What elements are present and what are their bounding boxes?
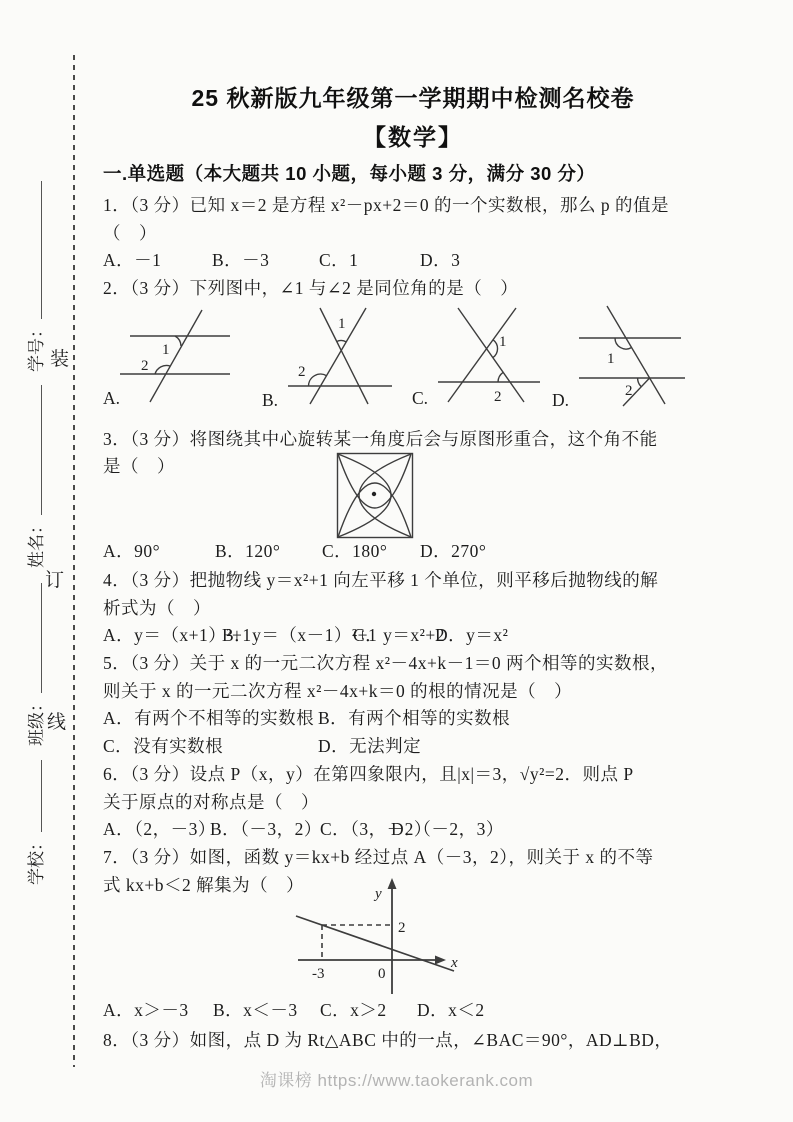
q2c-angle1-label: 1: [499, 334, 507, 350]
q8-line-1: 8．（3 分）如图，点 D 为 Rt△ABC 中的一点，∠BAC＝90°，AD⊥…: [103, 1027, 672, 1053]
q6-option-a: A．（2，－3）: [103, 816, 216, 842]
margin-field-student-id: 学号：: [22, 168, 44, 372]
q5-option-b: B．有两个相等的实数根: [318, 705, 510, 731]
q1-line-2: （ ）: [103, 220, 157, 246]
q7-point-x-label: -3: [312, 966, 325, 982]
q4-option-d: D．y＝x²: [435, 622, 508, 648]
q3-option-d: D．270°: [420, 538, 486, 564]
q7-option-d: D．x＜2: [417, 997, 485, 1023]
student-id-label: 学号：: [22, 321, 47, 372]
q7-line-2: 式 kx+b＜2 解集为（ ）: [103, 872, 304, 898]
q5-option-d: D．无法判定: [318, 733, 421, 759]
q2a-angle1-label: 1: [162, 342, 170, 358]
q2-figure-b: 1 2: [282, 304, 397, 408]
margin-field-class: 班级：: [22, 570, 44, 746]
q3-line-1: 3．（3 分）将图绕其中心旋转某一角度后会与原图形重合，这个角不能: [103, 426, 658, 452]
q1-option-b: B．－3: [212, 247, 269, 273]
school-blank[interactable]: [27, 760, 42, 832]
q6-line-1: 6．（3 分）设点 P（x，y）在第四象限内，且|x|＝3，√y²=2．则点 P: [103, 761, 634, 787]
student-id-blank[interactable]: [27, 181, 42, 319]
q3-option-a: A．90°: [103, 538, 160, 564]
q2-figure-a: 1 2: [118, 304, 238, 408]
q1-line-1: 1．（3 分）已知 x＝2 是方程 x²－px+2＝0 的一个实数根，那么 p …: [103, 192, 669, 218]
name-label: 姓名：: [22, 517, 47, 568]
school-label: 学校：: [22, 834, 47, 885]
binding-dashed-line: [73, 55, 75, 1067]
q1-option-d: D．3: [420, 247, 460, 273]
q2-line-1: 2．（3 分）下列图中，∠1 与∠2 是同位角的是（ ）: [103, 275, 518, 301]
q7-option-b: B．x＜－3: [213, 997, 298, 1023]
q2-figure-d: 1 2: [573, 302, 691, 410]
q5-line-2: 则关于 x 的一元二次方程 x²－4x+k＝0 的根的情况是（ ）: [103, 678, 572, 704]
q3-line-2: 是（ ）: [103, 453, 175, 479]
q7-x-axis-label: x: [450, 955, 458, 971]
q2-figure-c-label: C.: [412, 388, 428, 409]
class-blank[interactable]: [27, 583, 42, 693]
footer-watermark: 淘课榜 https://www.taokerank.com: [0, 1066, 793, 1091]
q6-option-d: D．（－2，3）: [391, 816, 504, 842]
q7-graph: y 2 -3 0 x: [292, 876, 467, 998]
page-title: 25 秋新版九年级第一学期期中检测名校卷: [103, 80, 723, 113]
q5-option-a: A．有两个不相等的实数根: [103, 705, 314, 731]
q4-line-2: 析式为（ ）: [103, 595, 211, 621]
q2b-angle2-label: 2: [298, 364, 306, 380]
binding-char-zhuang: 装: [50, 344, 69, 371]
q1-option-a: A．－1: [103, 247, 161, 273]
q6-line-2: 关于原点的对称点是（ ）: [103, 789, 319, 815]
class-label: 班级：: [22, 695, 47, 746]
margin-field-name: 姓名：: [22, 372, 44, 568]
section-header: 一.单选题（本大题共 10 小题，每小题 3 分，满分 30 分）: [103, 160, 595, 186]
q4-line-1: 4．（3 分）把抛物线 y＝x²+1 向左平移 1 个单位，则平移后抛物线的解: [103, 567, 658, 593]
q2a-angle2-label: 2: [141, 358, 149, 374]
q3-option-b: B．120°: [215, 538, 280, 564]
q7-y-axis-label: y: [373, 886, 382, 902]
q4-option-c: C．y＝x²+2: [353, 622, 445, 648]
q6-option-b: B．（－3，2）: [210, 816, 322, 842]
q1-option-c: C．1: [319, 247, 358, 273]
q7-point-y-label: 2: [398, 920, 406, 936]
q3-figure: [336, 452, 416, 540]
subject-title: 【数学】: [103, 119, 723, 152]
q5-line-1: 5．（3 分）关于 x 的一元二次方程 x²－4x+k－1＝0 两个相等的实数根…: [103, 650, 668, 676]
q2-figure-b-label: B.: [262, 390, 278, 411]
q2d-angle2-label: 2: [625, 383, 633, 399]
q2-figure-c: 1 2: [428, 304, 546, 408]
q2b-angle1-label: 1: [338, 316, 346, 332]
q7-line-1: 7．（3 分）如图，函数 y＝kx+b 经过点 A（－3，2），则关于 x 的不…: [103, 844, 654, 870]
binding-char-ding: 订: [45, 565, 64, 592]
q3-option-c: C．180°: [322, 538, 387, 564]
exam-page: 装 订 线 学号： 姓名： 班级： 学校： 25 秋新版九年级第一学期期中检测名…: [0, 0, 793, 1122]
binding-char-xian: 线: [47, 707, 66, 734]
margin-field-school: 学校：: [22, 747, 44, 885]
q2c-angle2-label: 2: [494, 389, 502, 405]
name-blank[interactable]: [27, 385, 42, 515]
q5-option-c: C．没有实数根: [103, 733, 223, 759]
q2d-angle1-label: 1: [607, 351, 615, 367]
q7-option-a: A．x＞－3: [103, 997, 189, 1023]
q2-figure-d-label: D.: [552, 390, 569, 411]
q7-origin-label: 0: [378, 966, 386, 982]
q7-option-c: C．x＞2: [320, 997, 387, 1023]
